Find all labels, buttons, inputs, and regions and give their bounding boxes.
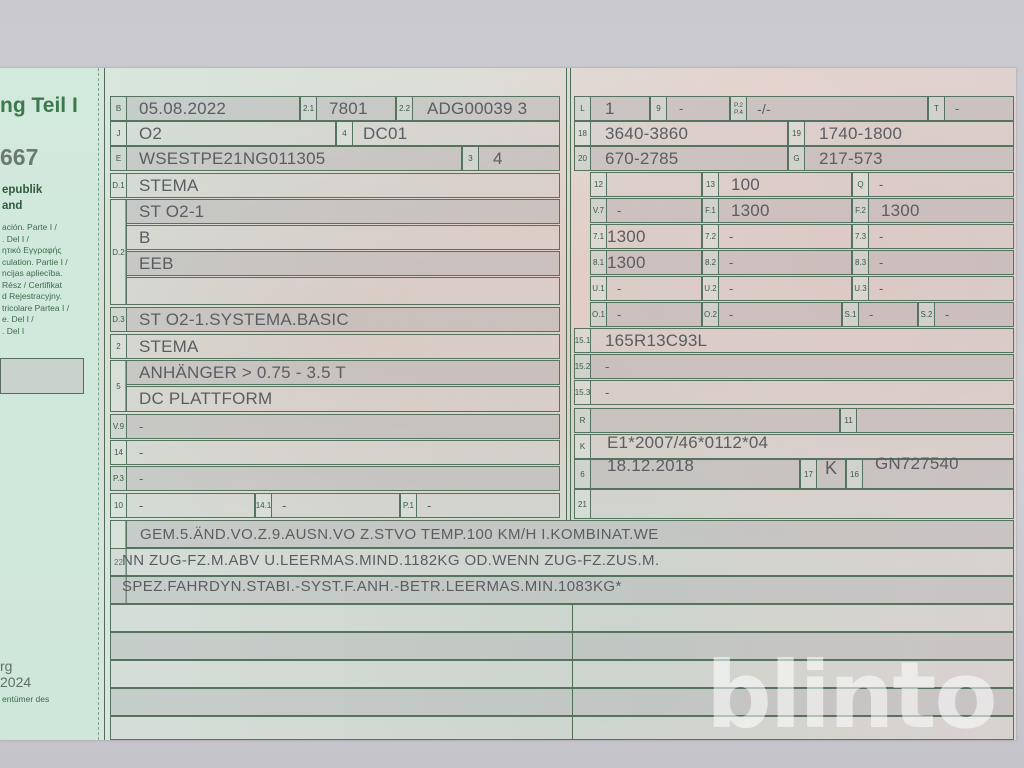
- field-value: -: [879, 225, 884, 248]
- field-value: -: [617, 199, 622, 222]
- field-value: -: [679, 97, 684, 120]
- field-value: 1300: [607, 225, 646, 248]
- field-S1: S.1 -: [842, 302, 918, 327]
- watermark-logo: blinto: [706, 642, 996, 749]
- lang-line: . Del I: [2, 326, 69, 338]
- field-value: -: [955, 97, 960, 120]
- owner-note: entümer des: [2, 694, 49, 704]
- lang-line: culation. Partie I /: [2, 257, 69, 269]
- field-19: 19 1740-1800: [788, 121, 1014, 146]
- field-label: U.1: [591, 277, 607, 300]
- field-value: -: [945, 303, 950, 326]
- field-P2-P4: P.2 P.4 -/-: [730, 96, 928, 121]
- field-label: 10: [111, 494, 127, 517]
- field-label: 12: [591, 173, 607, 196]
- lang-line: e. Del I /: [2, 314, 69, 326]
- field-value: 3640-3860: [605, 122, 688, 145]
- field-label: 15.1: [575, 329, 591, 352]
- field-value: -/-: [757, 97, 771, 120]
- field-value: 1740-1800: [819, 122, 902, 145]
- field-label: 8.3: [853, 251, 869, 274]
- field-label: R: [575, 409, 591, 432]
- field-label: U.3: [853, 277, 869, 300]
- remark-text: SPEZ.FAHRDYN.STABI.-SYST.F.ANH.-BETR.LEE…: [122, 578, 622, 595]
- field-15-1: 15.1 165R13C93L: [574, 328, 1014, 353]
- lang-line: ación. Parte I /: [2, 222, 69, 234]
- field-16: 16 GN727540: [846, 459, 1014, 489]
- country-line-1: epublik: [2, 182, 42, 198]
- lang-line: ητικό Εγγραφής: [2, 245, 69, 257]
- field-value: K: [825, 454, 837, 482]
- issue-place: rg: [0, 658, 12, 674]
- field-value: -: [139, 494, 144, 517]
- field-value: GN727540: [875, 450, 959, 478]
- field-17: 17 K: [800, 459, 846, 489]
- field-label: B: [111, 97, 127, 120]
- column-divider: [570, 68, 571, 520]
- field-label: 8.1: [591, 251, 607, 274]
- field-E: E WSESTPE21NG011305: [110, 146, 462, 171]
- field-21: 21: [574, 489, 1014, 519]
- field-T: T -: [928, 96, 1014, 121]
- document-title: ng Teil I: [0, 94, 78, 118]
- column-divider: [104, 68, 105, 740]
- field-18: 18 3640-3860: [574, 121, 788, 146]
- field-label: G: [789, 147, 805, 170]
- field-F2: F.2 1300: [852, 198, 1014, 223]
- field-label: 3: [463, 147, 479, 170]
- field-label: 16: [847, 460, 863, 488]
- field-label: 21: [575, 490, 591, 518]
- document-stub: ng Teil I 667 epublik and ación. Parte I…: [0, 68, 99, 740]
- field-value: WSESTPE21NG011305: [139, 147, 325, 170]
- field-value: ST O2-1.SYSTEMA.BASIC: [139, 308, 349, 331]
- field-Q: Q -: [852, 172, 1014, 197]
- field-value: -: [729, 251, 734, 274]
- field-B: B 05.08.2022: [110, 96, 300, 121]
- field-D2-line-2: B: [126, 225, 560, 250]
- field-value: 7801: [329, 97, 368, 120]
- field-9: 9 -: [650, 96, 730, 121]
- field-value: -: [879, 251, 884, 274]
- field-value: 670-2785: [605, 147, 678, 170]
- field-U2: U.2 -: [702, 276, 852, 301]
- field-label: 4: [337, 122, 353, 145]
- field-value: -: [879, 277, 884, 300]
- field-value: -: [139, 467, 144, 490]
- field-value: -: [282, 494, 287, 517]
- field-D3: D.3 ST O2-1.SYSTEMA.BASIC: [110, 307, 560, 332]
- field-D2-line-4: [126, 277, 560, 305]
- field-15-3: 15.3 -: [574, 380, 1014, 405]
- field-label: U.2: [703, 277, 719, 300]
- document-number: 667: [0, 144, 38, 171]
- field-14: 14 -: [110, 440, 560, 465]
- field-label: P.2 P.4: [731, 97, 747, 120]
- field-value: B: [139, 226, 151, 249]
- field-value: -: [729, 277, 734, 300]
- field-label: 2.1: [301, 97, 317, 120]
- field-O2: O.2 -: [702, 302, 842, 327]
- field-P3: P.3 -: [110, 466, 560, 491]
- field-8-1: 8.1 1300: [590, 250, 702, 275]
- lang-line: tricolare Partea I /: [2, 303, 69, 315]
- field-8-2: 8.2 -: [702, 250, 852, 275]
- field-label: 7.3: [853, 225, 869, 248]
- field-D1: D.1 STEMA: [110, 173, 560, 198]
- field-label: O.1: [591, 303, 607, 326]
- field-label: 6: [575, 460, 591, 488]
- multilingual-titles: ación. Parte I / . Del I / ητικό Εγγραφή…: [2, 222, 69, 337]
- field-F1: F.1 1300: [702, 198, 852, 223]
- field-label: 7.1: [591, 225, 607, 248]
- field-label: 5: [111, 361, 127, 411]
- field-L: L 1: [574, 96, 650, 121]
- lang-line: . Del I /: [2, 234, 69, 246]
- field-value: DC01: [363, 122, 407, 145]
- field-U1: U.1 -: [590, 276, 702, 301]
- field-value: 165R13C93L: [605, 329, 707, 352]
- field-8-3: 8.3 -: [852, 250, 1014, 275]
- field-value: E1*2007/46*0112*04: [607, 431, 768, 454]
- field-label: 14: [111, 441, 127, 464]
- field-V9: V.9 -: [110, 414, 560, 439]
- field-value: -: [729, 225, 734, 248]
- field-label: S.1: [843, 303, 859, 326]
- lang-line: ncijas apliecība.: [2, 268, 69, 280]
- field-value: 05.08.2022: [139, 97, 226, 120]
- field-value: 1300: [731, 199, 770, 222]
- field-value: -: [139, 441, 144, 464]
- field-label: J: [111, 122, 127, 145]
- field-value: STEMA: [139, 174, 199, 197]
- field-label: 20: [575, 147, 591, 170]
- field-12: 12: [590, 172, 702, 197]
- field-2: 2 STEMA: [110, 334, 560, 359]
- field-label: P.3: [111, 467, 127, 490]
- field-value: -: [605, 381, 610, 404]
- field-label: 15.2: [575, 355, 591, 378]
- field-value: 217-573: [819, 147, 883, 170]
- field-label: 15.3: [575, 381, 591, 404]
- field-label: 13: [703, 173, 719, 196]
- field-label: V.7: [591, 199, 607, 222]
- field-14-1: 14.1 -: [255, 493, 400, 518]
- field-value: -: [617, 277, 622, 300]
- field-value: EEB: [139, 252, 174, 275]
- lang-line: d Rejestracyjny.: [2, 291, 69, 303]
- remark-text: GEM.5.ÄND.VO.Z.9.AUSN.VO Z.STVO TEMP.100…: [140, 526, 659, 543]
- field-O1: O.1 -: [590, 302, 702, 327]
- field-4: 4 DC01: [336, 121, 560, 146]
- field-label: 19: [789, 122, 805, 145]
- issuing-country: epublik and: [2, 182, 42, 214]
- field-value: ADG00039 3: [427, 97, 527, 120]
- field-value: ANHÄNGER > 0.75 - 3.5 T: [139, 361, 346, 384]
- field-2-1: 2.1 7801: [300, 96, 396, 121]
- field-label: 18: [575, 122, 591, 145]
- field-label: E: [111, 147, 127, 170]
- field-value: 1: [605, 97, 615, 120]
- field-value: ST O2-1: [139, 200, 204, 223]
- field-D2-label: D.2: [110, 199, 126, 305]
- field-label: K: [575, 435, 591, 458]
- field-value: 18.12.2018: [607, 452, 694, 480]
- field-5-label: 5: [110, 360, 126, 412]
- field-label: V.9: [111, 415, 127, 438]
- field-label: S.2: [919, 303, 935, 326]
- field-label: 9: [651, 97, 667, 120]
- field-7-2: 7.2 -: [702, 224, 852, 249]
- field-value: -: [605, 355, 610, 378]
- field-U3: U.3 -: [852, 276, 1014, 301]
- field-label: D.2: [111, 200, 127, 304]
- country-line-2: and: [2, 198, 42, 214]
- field-label: D.1: [111, 174, 127, 197]
- field-value: 4: [493, 147, 503, 170]
- field-value: 1300: [881, 199, 920, 222]
- field-2-2: 2.2 ADG00039 3: [396, 96, 560, 121]
- field-R: R: [574, 408, 840, 433]
- field-3: 3 4: [462, 146, 560, 171]
- field-label: P.1: [401, 494, 417, 517]
- field-label: T: [929, 97, 945, 120]
- field-D2-line-3: EEB: [126, 251, 560, 276]
- field-value: STEMA: [139, 335, 199, 358]
- field-label: Q: [853, 173, 869, 196]
- field-13: 13 100: [702, 172, 852, 197]
- remark-text: NN ZUG-FZ.M.ABV U.LEERMAS.MIND.1182KG OD…: [122, 552, 660, 569]
- field-label: F.1: [703, 199, 719, 222]
- field-value: O2: [139, 122, 162, 145]
- field-label: 2: [111, 335, 127, 358]
- blank-line: [110, 604, 1014, 632]
- field-value: -: [869, 303, 874, 326]
- field-D2-line-1: ST O2-1: [126, 199, 560, 224]
- field-label: 17: [801, 460, 817, 488]
- field-10: 10 -: [110, 493, 255, 518]
- field-15-2: 15.2 -: [574, 354, 1014, 379]
- field-label: F.2: [853, 199, 869, 222]
- field-5-line-2: DC PLATTFORM: [126, 386, 560, 412]
- field-value: DC PLATTFORM: [139, 387, 272, 411]
- issue-year: 2024: [0, 674, 31, 690]
- field-value: -: [427, 494, 432, 517]
- field-label: 11: [841, 409, 857, 432]
- registration-certificate: ng Teil I 667 epublik and ación. Parte I…: [0, 68, 1016, 740]
- field-value: -: [139, 415, 144, 438]
- field-label: 14.1: [256, 494, 272, 517]
- field-P1: P.1 -: [400, 493, 560, 518]
- field-label: 8.2: [703, 251, 719, 274]
- field-value: 1300: [607, 251, 646, 274]
- field-6: 6 18.12.2018: [574, 459, 800, 489]
- field-label: L: [575, 97, 591, 120]
- field-label: 7.2: [703, 225, 719, 248]
- field-S2: S.2 -: [918, 302, 1014, 327]
- field-20: 20 670-2785: [574, 146, 788, 171]
- field-7-3: 7.3 -: [852, 224, 1014, 249]
- field-label: O.2: [703, 303, 719, 326]
- field-value: 100: [731, 173, 760, 196]
- field-value: -: [617, 303, 622, 326]
- field-G: G 217-573: [788, 146, 1014, 171]
- field-value: -: [729, 303, 734, 326]
- field-7-1: 7.1 1300: [590, 224, 702, 249]
- lang-line: Rész / Certifikat: [2, 280, 69, 292]
- field-J: J O2: [110, 121, 336, 146]
- field-value: -: [879, 173, 884, 196]
- field-V7: V.7 -: [590, 198, 702, 223]
- field-11: 11: [840, 408, 1014, 433]
- column-divider: [566, 68, 567, 520]
- column-divider: [572, 604, 573, 740]
- field-5-line-1: ANHÄNGER > 0.75 - 3.5 T: [126, 360, 560, 385]
- stub-box: [0, 358, 84, 394]
- field-label: D.3: [111, 308, 127, 331]
- field-label: 2.2: [397, 97, 413, 120]
